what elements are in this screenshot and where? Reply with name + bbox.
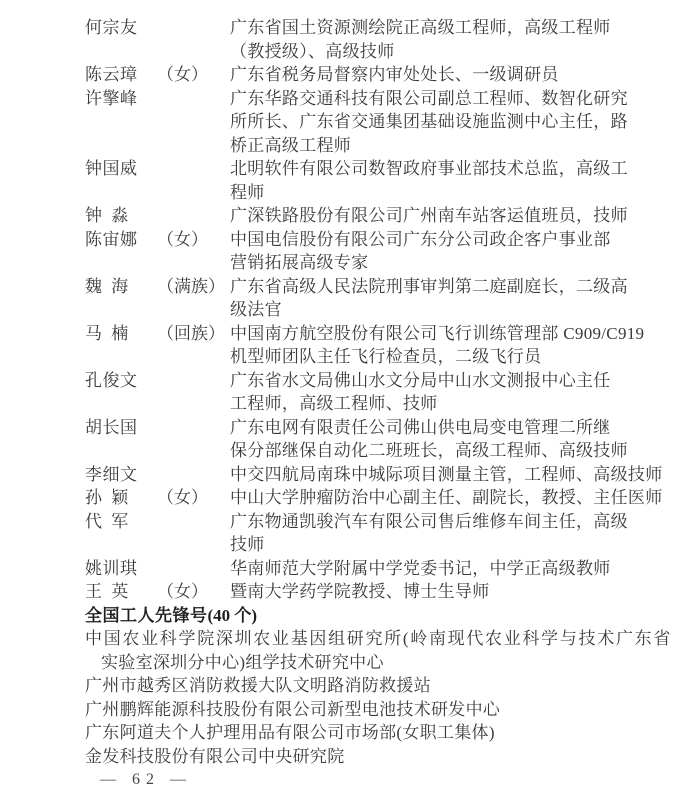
recipient-name: 何宗友 xyxy=(85,16,157,40)
recipient-description: 中交四航局南珠中城际项目测量主管，工程师、高级技师 xyxy=(230,463,667,487)
recipient-name: 魏 海 xyxy=(85,275,157,299)
recipient-name: 姚训琪 xyxy=(85,557,157,581)
award-entry: 许擎峰 广东华路交通科技有限公司副总工程师、数智化研究所所长、广东省交通集团基础… xyxy=(85,87,667,158)
award-entry: 陈宙娜 （女） 中国电信股份有限公司广东分公司政企客户事业部营销拓展高级专家 xyxy=(85,228,667,275)
organization-item: 金发科技股份有限公司中央研究院 xyxy=(85,745,667,769)
description-line: 中国电信股份有限公司广东分公司政企客户事业部 xyxy=(230,228,667,252)
award-entry: 王 英 （女） 暨南大学药学院教授、博士生导师 xyxy=(85,580,667,604)
recipient-name: 代 军 xyxy=(85,510,157,534)
recipient-name: 钟国威 xyxy=(85,157,157,181)
document-page: 何宗友 广东省国土资源测绘院正高级工程师，高级工程师（教授级）、高级技师 陈云璋… xyxy=(0,0,692,796)
award-entry: 姚训琪 华南师范大学附属中学党委书记，中学正高级教师 xyxy=(85,557,667,581)
description-line: 所所长、广东省交通集团基础设施监测中心主任，路 xyxy=(230,110,667,134)
recipient-name: 陈云璋 xyxy=(85,63,157,87)
award-recipient-list: 何宗友 广东省国土资源测绘院正高级工程师，高级工程师（教授级）、高级技师 陈云璋… xyxy=(85,16,667,604)
recipient-name: 王 英 xyxy=(85,580,157,604)
recipient-annotation: （女） xyxy=(157,580,230,604)
description-line: 营销拓展高级专家 xyxy=(230,251,667,275)
recipient-description: 华南师范大学附属中学党委书记，中学正高级教师 xyxy=(230,557,667,581)
recipient-name: 陈宙娜 xyxy=(85,228,157,252)
description-line: 中交四航局南珠中城际项目测量主管，工程师、高级技师 xyxy=(230,463,667,487)
award-entry: 钟国威 北明软件有限公司数智政府事业部技术总监，高级工程师 xyxy=(85,157,667,204)
recipient-name: 孔俊文 xyxy=(85,369,157,393)
recipient-annotation: （女） xyxy=(157,228,230,252)
recipient-name: 胡长国 xyxy=(85,416,157,440)
description-line: 工程师，高级工程师、技师 xyxy=(230,392,667,416)
section-header: 全国工人先锋号(40 个) xyxy=(85,604,667,628)
recipient-name: 马 楠 xyxy=(85,322,157,346)
organization-line: 实验室深圳分中心)组学技术研究中心 xyxy=(101,651,667,675)
description-line: 广东华路交通科技有限公司副总工程师、数智化研究 xyxy=(230,87,667,111)
description-line: 技师 xyxy=(230,533,667,557)
award-entry: 陈云璋 （女） 广东省税务局督察内审处处长、一级调研员 xyxy=(85,63,667,87)
award-entry: 何宗友 广东省国土资源测绘院正高级工程师，高级工程师（教授级）、高级技师 xyxy=(85,16,667,63)
award-entry: 孙 颖 （女） 中山大学肿瘤防治中心副主任、副院长，教授、主任医师 xyxy=(85,486,667,510)
recipient-name: 孙 颖 xyxy=(85,486,157,510)
description-line: 广东物通凯骏汽车有限公司售后维修车间主任，高级 xyxy=(230,510,667,534)
recipient-description: 广东电网有限责任公司佛山供电局变电管理二所继保分部继保自动化二班班长，高级工程师… xyxy=(230,416,667,463)
organization-item: 广东阿道夫个人护理用品有限公司市场部(女职工集体) xyxy=(85,721,667,745)
description-line: 广东省税务局督察内审处处长、一级调研员 xyxy=(230,63,667,87)
description-line: 广东电网有限责任公司佛山供电局变电管理二所继 xyxy=(230,416,667,440)
description-line: 中山大学肿瘤防治中心副主任、副院长，教授、主任医师 xyxy=(230,486,667,510)
description-line: 中国南方航空股份有限公司飞行训练管理部 C909/C919 xyxy=(230,322,667,346)
description-line: 级法官 xyxy=(230,298,667,322)
recipient-description: 中国南方航空股份有限公司飞行训练管理部 C909/C919机型师团队主任飞行检查… xyxy=(230,322,667,369)
award-entry: 孔俊文 广东省水文局佛山水文分局中山水文测报中心主任工程师，高级工程师、技师 xyxy=(85,369,667,416)
recipient-annotation: （回族） xyxy=(157,322,230,346)
description-line: 机型师团队主任飞行检查员，二级飞行员 xyxy=(230,345,667,369)
section-header-count: (40 个) xyxy=(208,606,258,625)
award-entry: 李细文 中交四航局南珠中城际项目测量主管，工程师、高级技师 xyxy=(85,463,667,487)
recipient-description: 广东物通凯骏汽车有限公司售后维修车间主任，高级技师 xyxy=(230,510,667,557)
award-entry: 魏 海 （满族） 广东省高级人民法院刑事审判第二庭副庭长，二级高级法官 xyxy=(85,275,667,322)
award-entry: 钟 淼 广深铁路股份有限公司广州南车站客运值班员，技师 xyxy=(85,204,667,228)
recipient-annotation: （女） xyxy=(157,486,230,510)
description-line: 北明软件有限公司数智政府事业部技术总监，高级工 xyxy=(230,157,667,181)
section-header-title: 全国工人先锋号 xyxy=(85,606,208,625)
description-line: 暨南大学药学院教授、博士生导师 xyxy=(230,580,667,604)
description-line: 程师 xyxy=(230,181,667,205)
organization-line: 中国农业科学院深圳农业基因组研究所(岭南现代农业科学与技术广东省 xyxy=(85,627,667,651)
organization-line: 广州鹏辉能源科技股份有限公司新型电池技术研发中心 xyxy=(85,698,667,722)
description-line: 桥正高级工程师 xyxy=(230,134,667,158)
recipient-annotation: （女） xyxy=(157,63,230,87)
page-content: 何宗友 广东省国土资源测绘院正高级工程师，高级工程师（教授级）、高级技师 陈云璋… xyxy=(85,16,667,768)
page-number: — 62 — xyxy=(100,771,192,788)
organization-line: 广州市越秀区消防救援大队文明路消防救援站 xyxy=(85,674,667,698)
organization-list: 中国农业科学院深圳农业基因组研究所(岭南现代农业科学与技术广东省实验室深圳分中心… xyxy=(85,627,667,768)
recipient-description: 北明软件有限公司数智政府事业部技术总监，高级工程师 xyxy=(230,157,667,204)
description-line: 广深铁路股份有限公司广州南车站客运值班员，技师 xyxy=(230,204,667,228)
description-line: 广东省国土资源测绘院正高级工程师，高级工程师 xyxy=(230,16,667,40)
recipient-description: 中国电信股份有限公司广东分公司政企客户事业部营销拓展高级专家 xyxy=(230,228,667,275)
award-entry: 马 楠 （回族） 中国南方航空股份有限公司飞行训练管理部 C909/C919机型… xyxy=(85,322,667,369)
recipient-description: 中山大学肿瘤防治中心副主任、副院长，教授、主任医师 xyxy=(230,486,667,510)
recipient-description: 广深铁路股份有限公司广州南车站客运值班员，技师 xyxy=(230,204,667,228)
recipient-description: 广东省税务局督察内审处处长、一级调研员 xyxy=(230,63,667,87)
recipient-annotation: （满族） xyxy=(157,275,230,299)
organization-line: 金发科技股份有限公司中央研究院 xyxy=(85,745,667,769)
recipient-name: 钟 淼 xyxy=(85,204,157,228)
award-entry: 代 军 广东物通凯骏汽车有限公司售后维修车间主任，高级技师 xyxy=(85,510,667,557)
recipient-name: 许擎峰 xyxy=(85,87,157,111)
recipient-description: 广东省水文局佛山水文分局中山水文测报中心主任工程师，高级工程师、技师 xyxy=(230,369,667,416)
page-footer: — 62 — xyxy=(100,768,192,792)
description-line: 广东省高级人民法院刑事审判第二庭副庭长，二级高 xyxy=(230,275,667,299)
organization-item: 广州市越秀区消防救援大队文明路消防救援站 xyxy=(85,674,667,698)
organization-item: 中国农业科学院深圳农业基因组研究所(岭南现代农业科学与技术广东省实验室深圳分中心… xyxy=(85,627,667,674)
description-line: 广东省水文局佛山水文分局中山水文测报中心主任 xyxy=(230,369,667,393)
recipient-name: 李细文 xyxy=(85,463,157,487)
organization-line: 广东阿道夫个人护理用品有限公司市场部(女职工集体) xyxy=(85,721,667,745)
organization-item: 广州鹏辉能源科技股份有限公司新型电池技术研发中心 xyxy=(85,698,667,722)
award-entry: 胡长国 广东电网有限责任公司佛山供电局变电管理二所继保分部继保自动化二班班长，高… xyxy=(85,416,667,463)
description-line: 华南师范大学附属中学党委书记，中学正高级教师 xyxy=(230,557,667,581)
recipient-description: 广东省高级人民法院刑事审判第二庭副庭长，二级高级法官 xyxy=(230,275,667,322)
recipient-description: 广东省国土资源测绘院正高级工程师，高级工程师（教授级）、高级技师 xyxy=(230,16,667,63)
description-line: （教授级）、高级技师 xyxy=(230,40,667,64)
description-line: 保分部继保自动化二班班长，高级工程师、高级技师 xyxy=(230,439,667,463)
recipient-description: 暨南大学药学院教授、博士生导师 xyxy=(230,580,667,604)
recipient-description: 广东华路交通科技有限公司副总工程师、数智化研究所所长、广东省交通集团基础设施监测… xyxy=(230,87,667,158)
